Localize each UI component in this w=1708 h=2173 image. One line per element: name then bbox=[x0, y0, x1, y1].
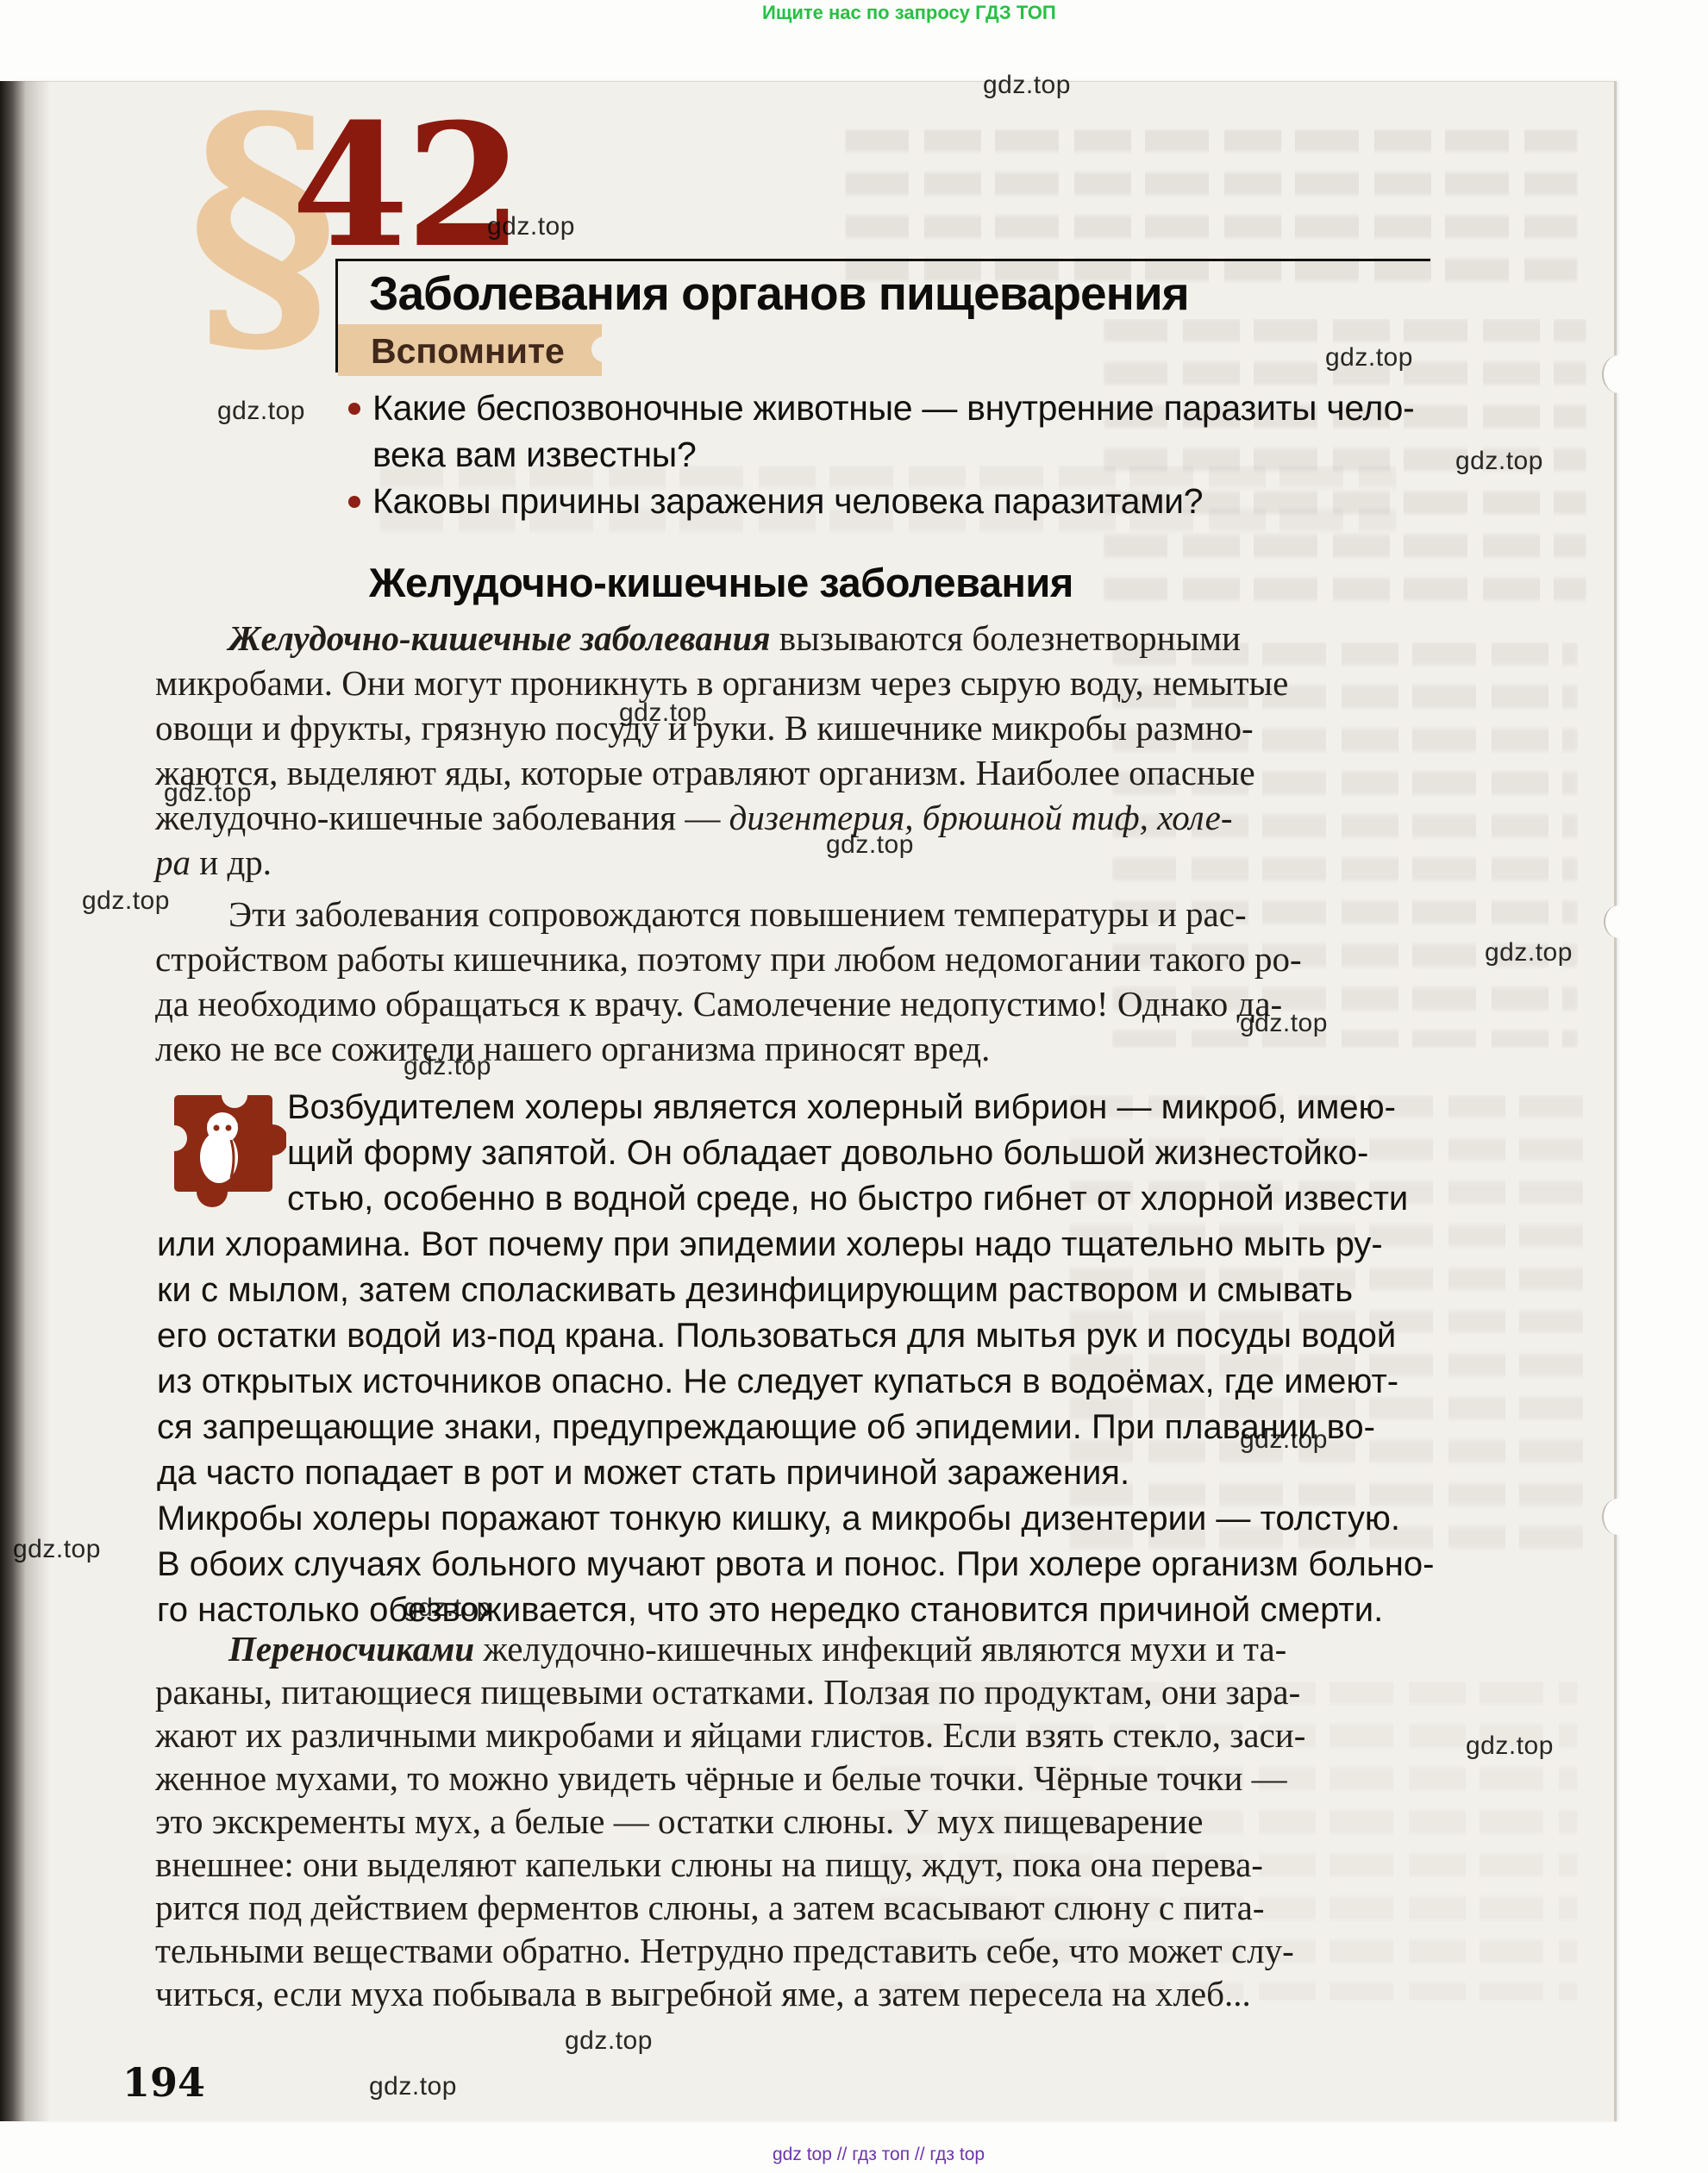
text-line: из открытых источников опасно. Не следуе… bbox=[157, 1362, 1398, 1401]
text-line: его остатки водой из-под крана. Пользова… bbox=[157, 1317, 1396, 1356]
text-line: Переносчиками желудочно-кишечных инфекци… bbox=[228, 1628, 1286, 1669]
gdz-watermark: gdz.top bbox=[619, 698, 707, 728]
text-line: ки с мылом, затем споласкивать дезинфици… bbox=[157, 1271, 1353, 1310]
text-line: рится под действием ферментов слюны, а з… bbox=[155, 1887, 1265, 1928]
gdz-bottom-banner: gdz top // гдз топ // гдз top bbox=[773, 2145, 985, 2165]
gdz-top-banner: Ищите нас по запросу ГДЗ ТОП bbox=[762, 2, 1056, 24]
text-line: ся запрещающие знаки, предупреждающие об… bbox=[157, 1408, 1375, 1447]
text-line: жаются, выделяют яды, которые отравляют … bbox=[155, 752, 1255, 793]
recall-label: Вспомните bbox=[371, 331, 565, 372]
page-edge-notch bbox=[1604, 905, 1633, 938]
text-line: женное мухами, то можно увидеть чёрные и… bbox=[155, 1757, 1287, 1799]
text-line: Микробы холеры поражают тонкую кишку, а … bbox=[157, 1500, 1400, 1538]
text-line: щий форму запятой. Он обладает довольно … bbox=[287, 1134, 1368, 1173]
gdz-watermark: gdz.top bbox=[1466, 1732, 1554, 1761]
gdz-watermark: gdz.top bbox=[404, 1052, 491, 1081]
puzzle-owl-icon bbox=[160, 1081, 286, 1207]
text-line: стройством работы кишечника, поэтому при… bbox=[155, 938, 1302, 980]
gdz-watermark: gdz.top bbox=[1240, 1009, 1328, 1038]
recall-question-line: Какие беспозвоночные животные — внутренн… bbox=[372, 388, 1414, 429]
gdz-watermark: gdz.top bbox=[13, 1535, 101, 1564]
text-line: желудочно-кишечные заболевания — дизенте… bbox=[155, 797, 1233, 838]
book-spine-shadow bbox=[0, 81, 50, 2121]
bullet-dot bbox=[348, 403, 360, 415]
section-number: 42 bbox=[291, 102, 520, 271]
text-line: микробами. Они могут проникнуть в органи… bbox=[155, 662, 1288, 704]
text-line: тельными веществами обратно. Нетрудно пр… bbox=[155, 1930, 1294, 1971]
text-line: да необходимо обращаться к врачу. Самоле… bbox=[155, 983, 1282, 1024]
gdz-watermark: gdz.top bbox=[487, 212, 575, 241]
section-title: Заболевания органов пищеварения bbox=[369, 266, 1189, 321]
text-line: Эти заболевания сопровождаются повышение… bbox=[228, 893, 1247, 935]
gdz-watermark: gdz.top bbox=[565, 2026, 653, 2056]
header-rule bbox=[335, 259, 1430, 261]
gdz-watermark: gdz.top bbox=[983, 71, 1071, 100]
bullet-dot bbox=[348, 496, 360, 508]
gdz-watermark: gdz.top bbox=[82, 886, 170, 916]
page-edge-notch bbox=[1602, 1499, 1633, 1535]
recall-question-line: Каковы причины заражения человека парази… bbox=[372, 481, 1203, 522]
gdz-watermark: gdz.top bbox=[1240, 1425, 1328, 1455]
gdz-watermark: gdz.top bbox=[1325, 343, 1413, 373]
page-edge-notch bbox=[1602, 355, 1635, 393]
gdz-watermark: gdz.top bbox=[217, 397, 305, 426]
gdz-watermark: gdz.top bbox=[369, 2072, 457, 2101]
text-line: читься, если муха побывала в выгребной я… bbox=[155, 1973, 1251, 2014]
text-line: Возбудителем холеры является холерный ви… bbox=[287, 1088, 1396, 1127]
scanned-textbook-page: Ищите нас по запросу ГДЗ ТОП § 42 Заболе… bbox=[0, 0, 1708, 2173]
gdz-watermark: gdz.top bbox=[404, 1594, 491, 1623]
text-line: стью, особенно в водной среде, но быстро… bbox=[287, 1180, 1408, 1218]
text-line: леко не все сожители нашего организма пр… bbox=[155, 1028, 990, 1069]
gdz-watermark: gdz.top bbox=[826, 830, 914, 860]
gdz-watermark: gdz.top bbox=[164, 779, 252, 808]
text-line: да часто попадает в рот и может стать пр… bbox=[157, 1454, 1129, 1493]
text-line: это экскременты мух, а белые — остатки с… bbox=[155, 1800, 1203, 1842]
text-line: Желудочно-кишечные заболевания вызываютс… bbox=[228, 617, 1241, 659]
text-line: жают их различными микробами и яйцами гл… bbox=[155, 1714, 1305, 1756]
text-line: го настолько обезвоживается, что это нер… bbox=[157, 1591, 1383, 1630]
gdz-watermark: gdz.top bbox=[1455, 447, 1543, 476]
recall-question-line: века вам известны? bbox=[372, 435, 696, 475]
text-line: или хлорамина. Вот почему при эпидемии х… bbox=[157, 1225, 1383, 1264]
page-number: 194 bbox=[122, 2059, 205, 2106]
text-line: раканы, питающиеся пищевыми остатками. П… bbox=[155, 1671, 1300, 1713]
gdz-watermark: gdz.top bbox=[1485, 938, 1573, 968]
text-line: внешнее: они выделяют капельки слюны на … bbox=[155, 1844, 1263, 1885]
subheading: Желудочно-кишечные заболевания bbox=[369, 559, 1073, 606]
recall-band-notch bbox=[591, 336, 617, 362]
text-line: ра и др. bbox=[155, 842, 272, 883]
text-line: В обоих случаях больного мучают рвота и … bbox=[157, 1545, 1434, 1584]
